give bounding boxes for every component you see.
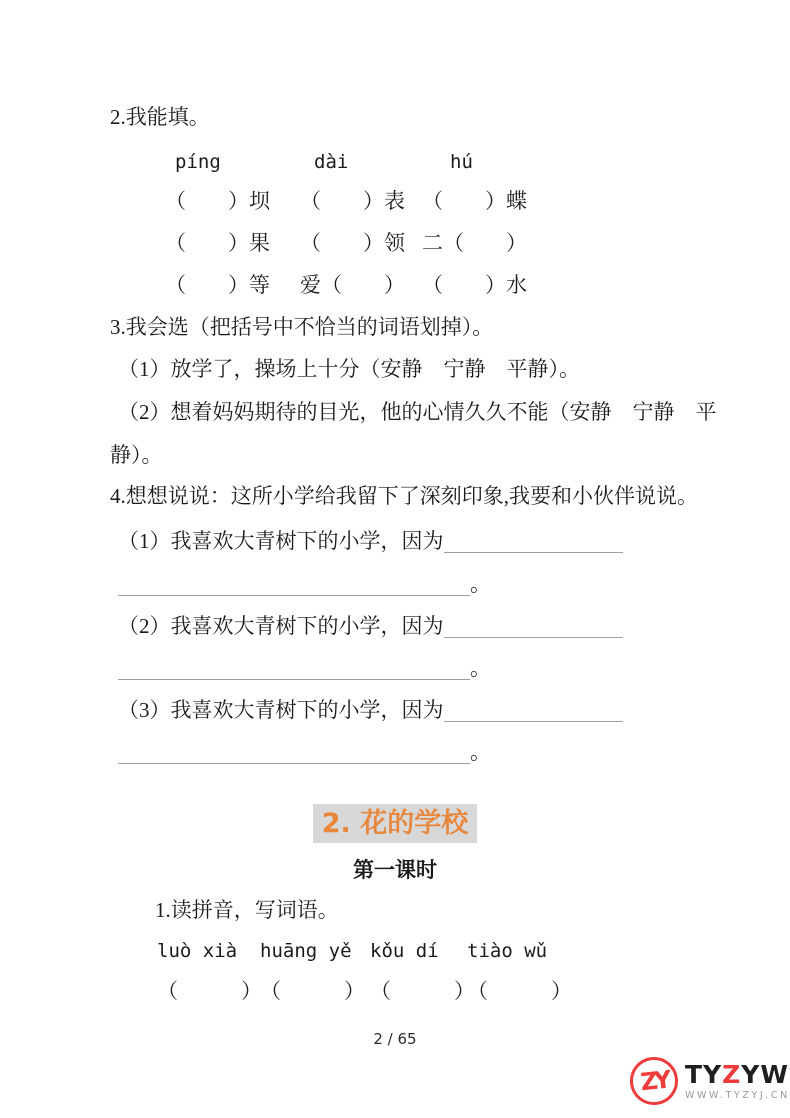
logo-url: WWW.TYZYJ.CN [685,1090,790,1101]
exercise3-item2-line2: 静）。 [110,443,163,467]
exercise4-item: （2）我喜欢大青树下的小学，因为 [118,612,623,638]
exercise2-heading: 2.我能填。 [110,105,210,129]
fill-blank-cell: （ ）等 [165,273,300,297]
exercise3-heading: 3.我会选（把括号中不恰当的词语划掉）。 [110,315,493,339]
answer-blank-line [444,700,624,722]
period-suffix: 。 [470,656,491,680]
pinyin-label: luò xià [157,940,260,962]
exercise3-item2-line1: （2）想着妈妈期待的目光，他的心情久久不能（安静 宁静 平 [118,400,717,424]
lesson-exercise1-pinyin-row: luò xià huāng yě kǒu dí tiào wǔ [157,940,577,962]
exercise4-heading: 4.想想说说：这所小学给我留下了深刻印象,我要和小伙伴说说。 [110,484,698,508]
fill-blank-cell: （ ）领 [300,231,422,255]
pinyin-label: tiào wǔ [467,940,577,962]
exercise4-item-continuation: 。 [118,738,491,764]
period-suffix: 。 [470,572,491,596]
worksheet-page: 2.我能填。 píng dài hú （ ）坝 （ ）表 （ ）蝶 （ ）果 （… [0,0,790,1118]
blank-parens: （ ） [370,979,467,1003]
exercise2-pinyin-row: píng dài hú [165,151,602,173]
logo-wordmark: TYZYW [685,1062,790,1087]
exercise2-fill-row: （ ）果 （ ）领 二（ ） [165,231,602,255]
pinyin-label: hú [422,151,602,173]
logo-word-accent: Z [722,1060,741,1089]
fill-blank-cell: 二（ ） [422,231,602,255]
logo-text-block: TYZYW WWW.TYZYJ.CN [685,1062,790,1101]
lesson-title: 2. 花的学校 [313,804,477,843]
fill-blank-cell: （ ）蝶 [422,189,602,213]
pinyin-label: kǒu dí [370,940,467,962]
exercise4-item-text: （1）我喜欢大青树下的小学，因为 [118,529,444,553]
lesson-subtitle: 第一课时 [0,854,790,884]
answer-blank-line [444,616,624,638]
logo-word-suffix: YW [741,1060,789,1089]
pinyin-label: píng [165,151,300,173]
exercise4-item-continuation: 。 [118,570,491,596]
blank-parens: （ ） [260,979,370,1003]
answer-blank-line [118,574,470,596]
answer-blank-line [118,658,470,680]
answer-blank-line [118,742,470,764]
pinyin-label: dài [300,151,422,173]
fill-blank-cell: （ ）水 [422,273,602,297]
exercise3-item1: （1）放学了，操场上十分（安静 宁静 平静）。 [118,357,580,381]
fill-blank-cell: 爱（ ） [300,273,422,297]
exercise4-item-continuation: 。 [118,654,491,680]
answer-blank-line [444,531,624,553]
lesson-exercise1-heading: 1.读拼音，写词语。 [155,898,339,922]
lesson-exercise1-blank-row: （ ） （ ） （ ） （ ） [157,979,577,1003]
exercise2-fill-row: （ ）等 爱（ ） （ ）水 [165,273,602,297]
lesson-title-row: 2. 花的学校 [0,804,790,843]
fill-blank-cell: （ ）果 [165,231,300,255]
blank-parens: （ ） [157,979,260,1003]
period-suffix: 。 [470,740,491,764]
blank-parens: （ ） [467,979,577,1003]
fill-blank-cell: （ ）表 [300,189,422,213]
exercise4-item-text: （2）我喜欢大青树下的小学，因为 [118,614,444,638]
fill-blank-cell: （ ）坝 [165,189,300,213]
pinyin-label: huāng yě [260,940,370,962]
page-indicator: 2 / 65 [0,1030,790,1048]
exercise4-item-text: （3）我喜欢大青树下的小学，因为 [118,698,444,722]
logo-word-prefix: TY [685,1060,722,1089]
exercise4-item: （1）我喜欢大青树下的小学，因为 [118,527,623,553]
site-logo: ZY TYZYW WWW.TYZYJ.CN [630,1057,790,1105]
exercise2-fill-row: （ ）坝 （ ）表 （ ）蝶 [165,189,602,213]
logo-monogram-icon: ZY [628,1055,681,1108]
exercise4-item: （3）我喜欢大青树下的小学，因为 [118,696,623,722]
